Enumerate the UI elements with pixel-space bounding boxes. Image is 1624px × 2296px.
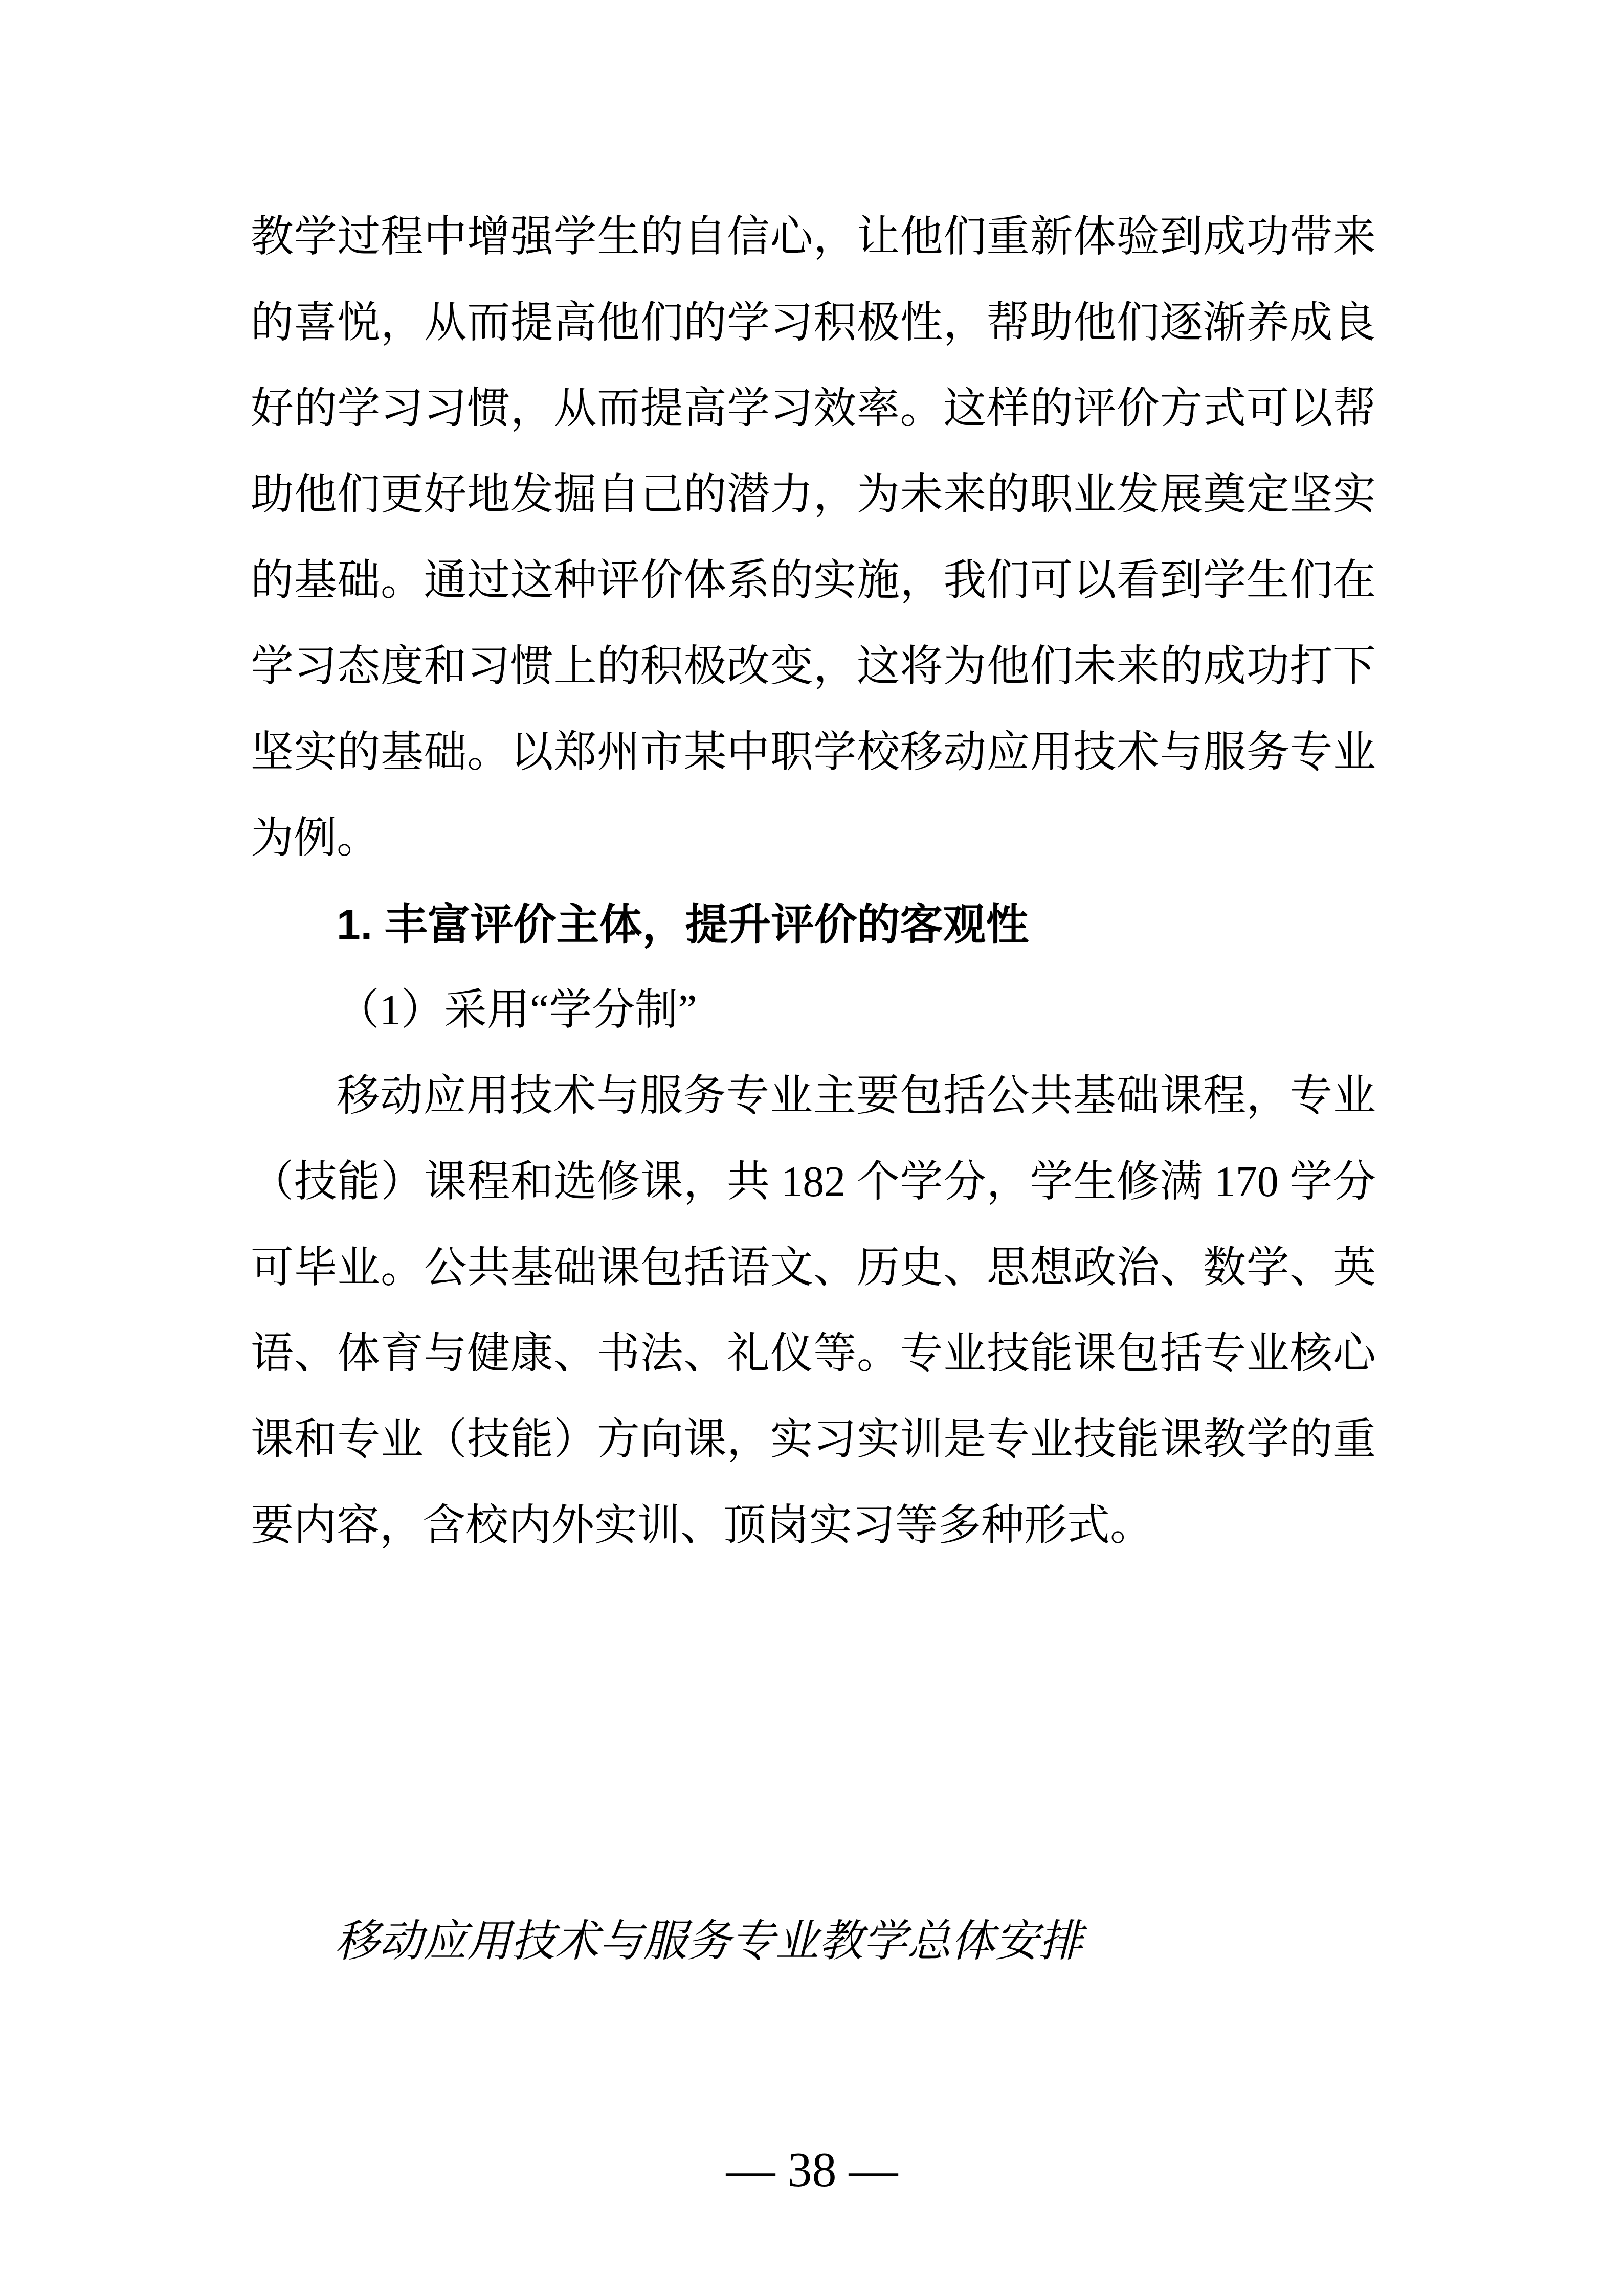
body-line: 可毕业。公共基础课包括语文、历史、思想政治、数学、英 [251,1225,1376,1311]
body-line: 为例。 [251,796,1376,882]
body-line: （1）采用“学分制” [251,967,1376,1053]
body-line: 语、体育与健康、书法、礼仪等。专业技能课包括专业核心 [251,1311,1376,1397]
body-line: 1. 丰富评价主体，提升评价的客观性 [251,882,1376,967]
table-caption: 移动应用技术与服务专业教学总体安排 [335,1898,1083,1984]
body-text-block: 教学过程中增强学生的自信心，让他们重新体验到成功带来的喜悦，从而提高他们的学习积… [251,194,1376,1569]
body-line: 要内容，含校内外实训、顶岗实习等多种形式。 [251,1483,1376,1569]
body-line: 移动应用技术与服务专业主要包括公共基础课程，专业 [251,1053,1376,1139]
body-line: 课和专业（技能）方向课，实习实训是专业技能课教学的重 [251,1397,1376,1483]
body-line: 教学过程中增强学生的自信心，让他们重新体验到成功带来 [251,194,1376,280]
page-number: — 38 — [0,2136,1624,2203]
body-line: 的喜悦，从而提高他们的学习积极性，帮助他们逐渐养成良 [251,280,1376,366]
document-page: 教学过程中增强学生的自信心，让他们重新体验到成功带来的喜悦，从而提高他们的学习积… [0,0,1624,2296]
body-line: 助他们更好地发掘自己的潜力，为未来的职业发展奠定坚实 [251,452,1376,538]
body-line: 学习态度和习惯上的积极改变，这将为他们未来的成功打下 [251,624,1376,710]
body-line: 的基础。通过这种评价体系的实施，我们可以看到学生们在 [251,538,1376,624]
body-line: （技能）课程和选修课，共 182 个学分，学生修满 170 学分 [251,1139,1376,1225]
body-line: 好的学习习惯，从而提高学习效率。这样的评价方式可以帮 [251,366,1376,452]
body-line: 坚实的基础。以郑州市某中职学校移动应用技术与服务专业 [251,710,1376,796]
